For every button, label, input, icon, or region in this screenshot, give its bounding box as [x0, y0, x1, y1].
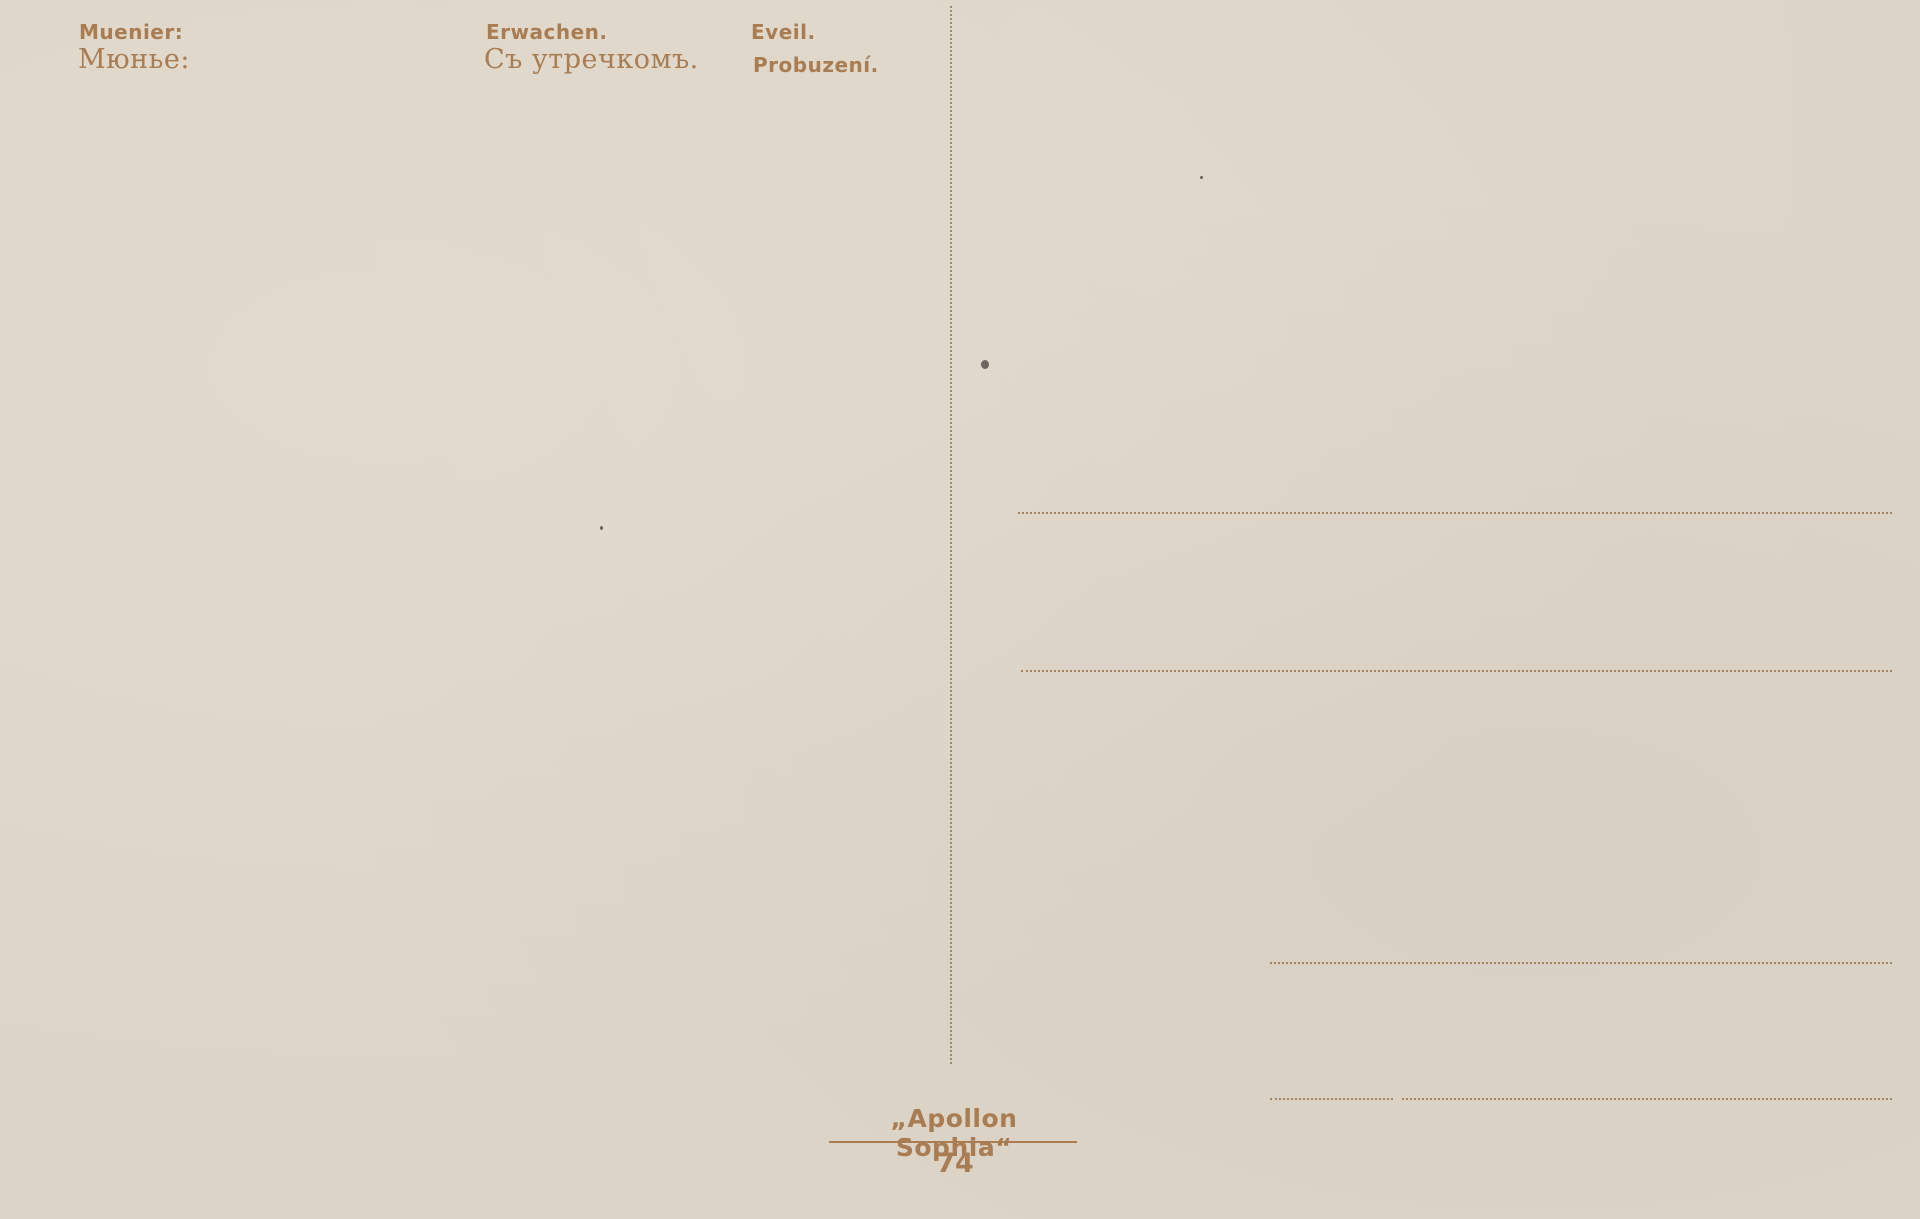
address-line-2	[1021, 670, 1892, 672]
address-line-4b	[1402, 1098, 1892, 1100]
artist-name-latin: Muenier:	[79, 20, 183, 44]
title-german: Erwachen.	[486, 20, 608, 44]
address-line-3	[1270, 962, 1892, 964]
paper-speck	[600, 526, 603, 530]
publisher-underline	[829, 1141, 1077, 1143]
paper-speck	[981, 360, 989, 369]
paper-speck	[1200, 176, 1203, 179]
card-number: 74	[900, 1148, 1010, 1179]
center-divider	[950, 6, 952, 1064]
title-bulgarian: Съ утречкомъ.	[484, 44, 699, 75]
address-line-4a	[1270, 1098, 1393, 1100]
artist-name-cyrillic: Мюнье:	[78, 44, 190, 75]
title-french: Eveil.	[751, 20, 816, 44]
address-line-1	[1018, 512, 1892, 514]
postcard-back	[0, 0, 1920, 1219]
title-czech: Probuzení.	[753, 53, 879, 77]
